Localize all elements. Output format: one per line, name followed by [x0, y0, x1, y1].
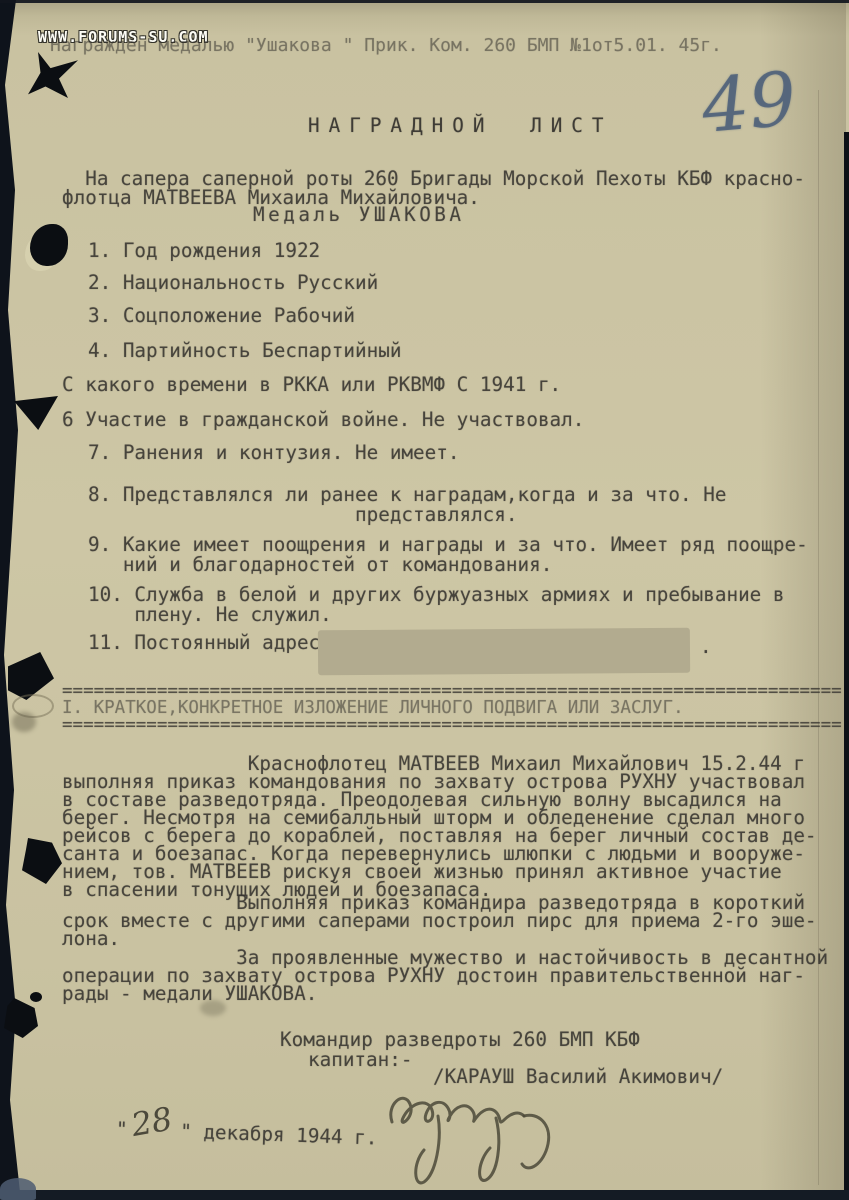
paper-smudge — [12, 712, 36, 732]
redacted-address-block — [318, 628, 690, 676]
paper-fold-line — [818, 90, 819, 1185]
signoff-commander-line: Командир разведроты 260 БМП КБФ — [280, 1031, 640, 1049]
scan-corner-artifact — [0, 1178, 36, 1200]
item-3-social-status: 3. Соцположение Рабочий — [88, 306, 355, 326]
item-8-prior-awards: 8. Представлялся ли ранее к наградам,ког… — [88, 485, 726, 525]
item-10-white-army: 10. Служба в белой и других буржуазных а… — [88, 585, 785, 625]
citation-paragraph-3: За проявленные мужество и настойчивость … — [62, 949, 828, 1003]
item-4-party-status: 4. Партийность Беспартийный — [88, 341, 401, 361]
scanned-award-document-page: WWW.FORUMS-SU.COM Награжден медалью "Уша… — [0, 0, 849, 1200]
item-6-civil-war: 6 Участие в гражданской войне. Не участв… — [62, 410, 584, 430]
date-rest: декабря 1944 г. — [203, 1120, 378, 1149]
signoff-rank-line: капитан:- — [308, 1051, 412, 1069]
handwritten-day: 28 — [128, 1100, 175, 1144]
document-title: НАГРАДНОЙ ЛИСТ — [308, 117, 613, 135]
item-2-nationality: 2. Национальность Русский — [88, 273, 378, 293]
award-order-note: Награжден медалью "Ушакова " Прик. Ком. … — [50, 37, 722, 55]
date-close-quote: " — [180, 1120, 192, 1143]
address-trailing-period: . — [700, 638, 712, 656]
handwritten-signature — [378, 1076, 608, 1186]
item-1-birth-year: 1. Год рождения 1922 — [88, 241, 320, 261]
scan-top-edge — [0, 0, 849, 3]
section-divider-bottom: ========================================… — [62, 716, 842, 734]
medal-line: Медаль УШАКОВА — [253, 206, 465, 224]
item-11-address: 11. Постоянный адрес. — [88, 633, 332, 653]
scan-right-edge — [844, 132, 849, 1192]
recipient-intro: На сапера саперной роты 260 Бригады Морс… — [62, 169, 805, 207]
handwritten-page-number: 49 — [698, 56, 799, 150]
item-7-wounds: 7. Ранения и контузия. Не имеет. — [88, 443, 459, 463]
date-month-year — [191, 1120, 203, 1143]
scan-bottom-edge — [0, 1190, 849, 1200]
item-5-service-since: С какого времени в РККА или РКВМФ С 1941… — [62, 375, 561, 395]
date-open-quote: " — [116, 1117, 128, 1140]
citation-paragraph-1: Краснофлотец МАТВЕЕВ Михаил Михайлович 1… — [62, 755, 817, 899]
item-9-commendations: 9. Какие имеет поощрения и награды и за … — [88, 535, 808, 575]
citation-paragraph-2: Выполняя приказ командира разведотряда в… — [62, 894, 817, 948]
torn-hole-6b — [30, 992, 42, 1002]
